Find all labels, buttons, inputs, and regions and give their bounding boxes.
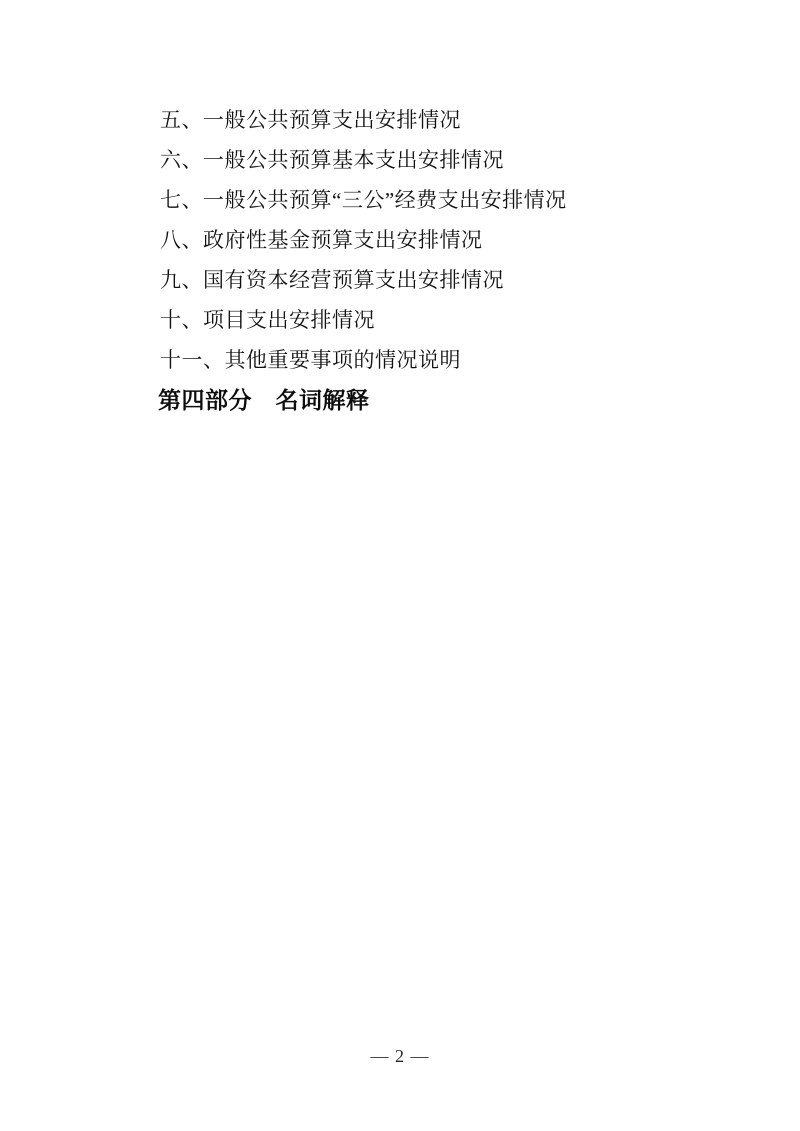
document-page: 五、一般公共预算支出安排情况 六、一般公共预算基本支出安排情况 七、一般公共预算… [0, 0, 800, 1131]
table-of-contents: 五、一般公共预算支出安排情况 六、一般公共预算基本支出安排情况 七、一般公共预算… [160, 100, 740, 421]
toc-item-10: 十、项目支出安排情况 [160, 300, 740, 340]
toc-item-5: 五、一般公共预算支出安排情况 [160, 100, 740, 140]
toc-item-8: 八、政府性基金预算支出安排情况 [160, 220, 740, 260]
page-footer: — 2 — [0, 1046, 800, 1067]
page-number: — 2 — [371, 1046, 430, 1066]
toc-item-7: 七、一般公共预算“三公”经费支出安排情况 [160, 180, 740, 220]
toc-item-11: 十一、其他重要事项的情况说明 [160, 340, 740, 380]
section-heading-part4: 第四部分 名词解释 [158, 380, 740, 421]
toc-item-9: 九、国有资本经营预算支出安排情况 [160, 260, 740, 300]
toc-item-6: 六、一般公共预算基本支出安排情况 [160, 140, 740, 180]
